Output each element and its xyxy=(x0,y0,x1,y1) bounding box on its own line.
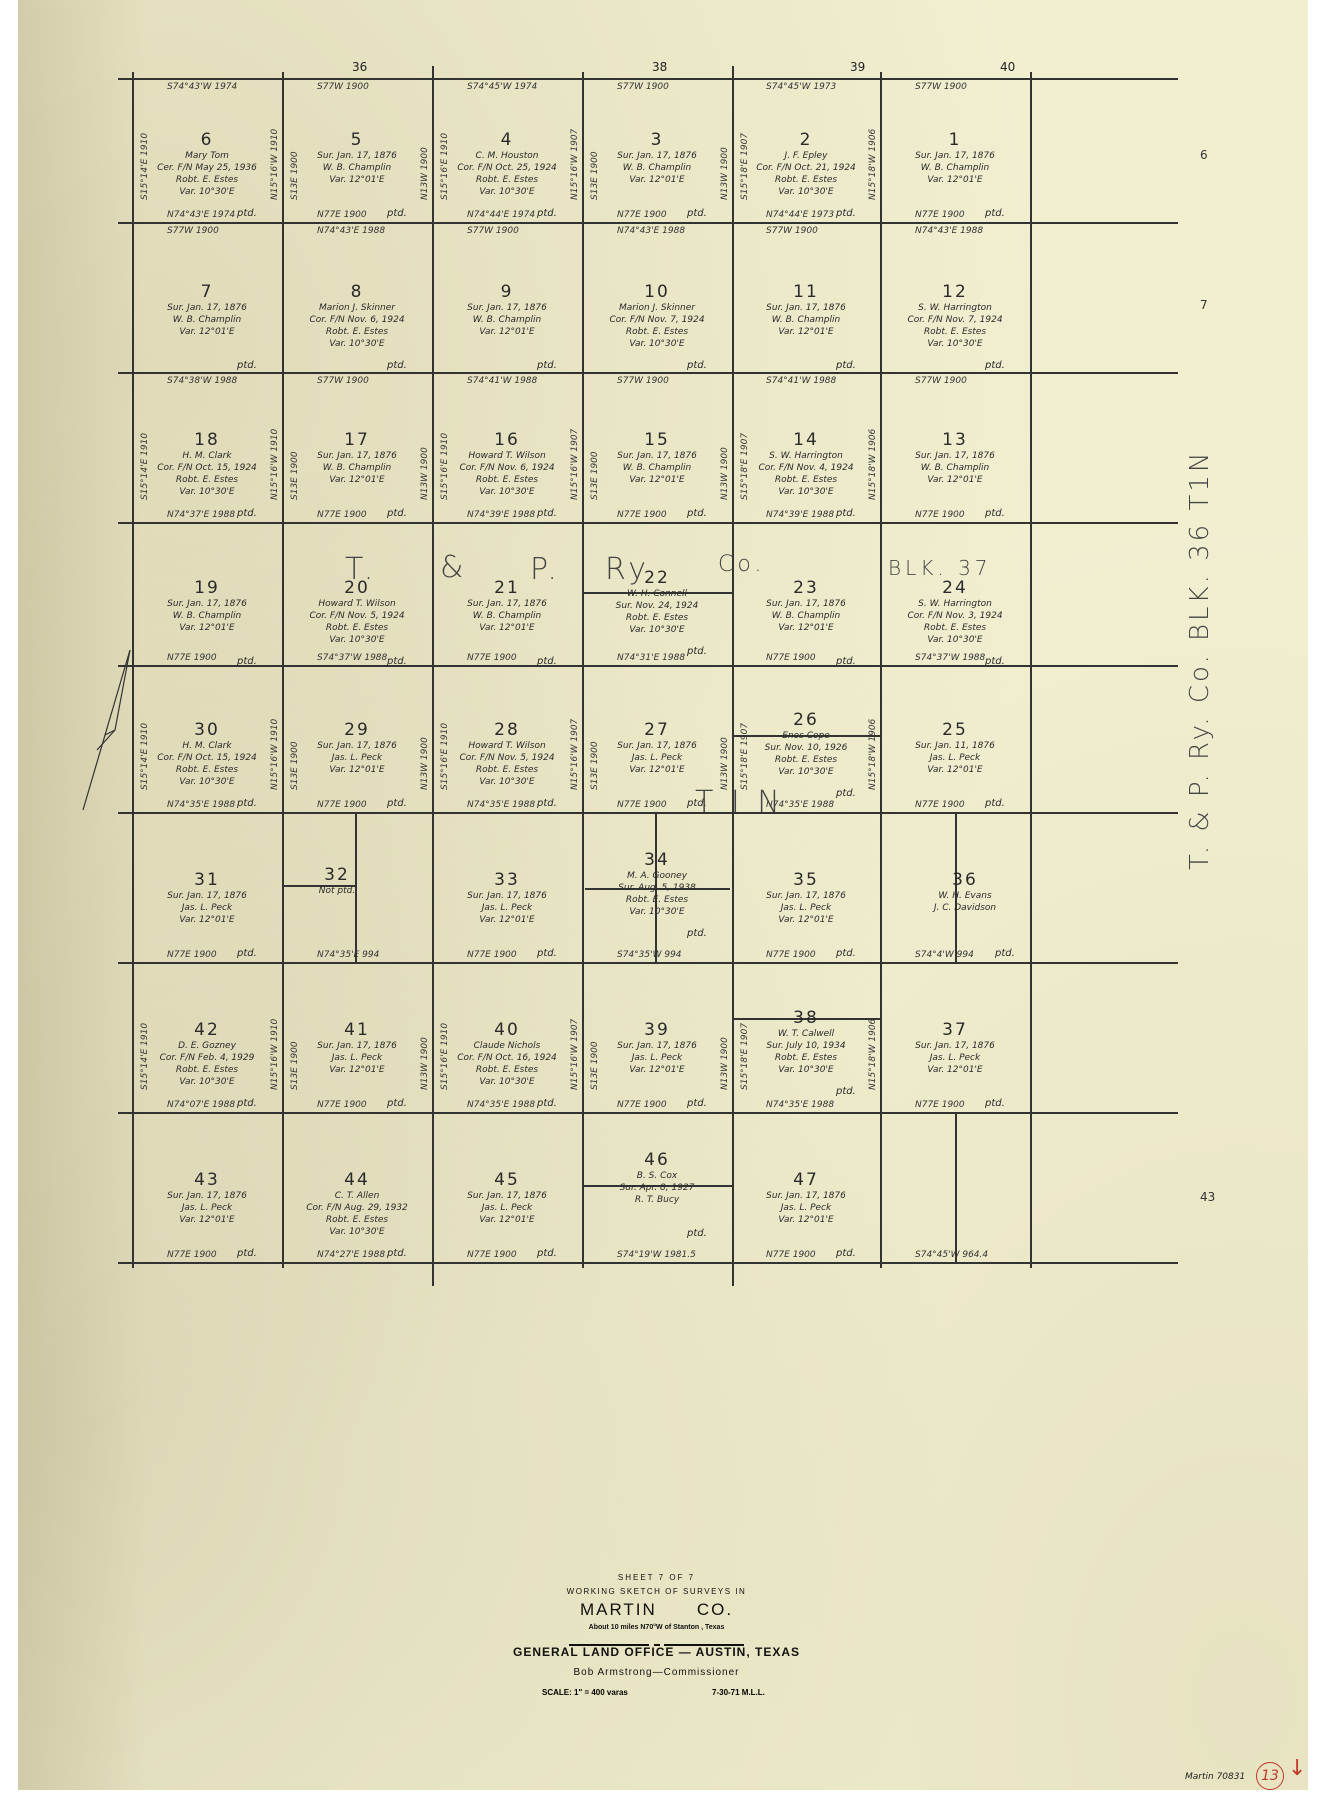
ptd-note: ptd. xyxy=(537,508,557,519)
boundary-call: S15°16'E 1910 xyxy=(440,133,450,200)
section-note: Var. 10°30'E xyxy=(437,1076,577,1088)
boundary-call: N74°43'E 1988 xyxy=(915,226,983,236)
grid-line xyxy=(432,66,434,1286)
boundary-call: N74°35'E 1988 xyxy=(467,1100,535,1110)
section-note: Cor. F/N Oct. 16, 1924 xyxy=(437,1052,577,1064)
section-note: Jas. L. Peck xyxy=(437,1202,577,1214)
boundary-call: S74°45'W 1974 xyxy=(467,82,537,92)
section-number: 10 xyxy=(587,282,727,302)
section-note: Var. 12°01'E xyxy=(885,1064,1025,1076)
section-number: 40 xyxy=(437,1020,577,1040)
boundary-call: N77E 1900 xyxy=(617,210,667,220)
section-note: Sur. Jan. 17, 1876 xyxy=(587,450,727,462)
boundary-call: N74°35'E 994 xyxy=(317,950,379,960)
survey-section: 3Sur. Jan. 17, 1876W. B. ChamplinVar. 12… xyxy=(587,130,727,186)
boundary-call: S13E 1900 xyxy=(590,451,600,500)
boundary-call: S74°38'W 1988 xyxy=(167,376,237,386)
section-note: Robt. E. Estes xyxy=(137,174,277,186)
section-note: Sur. Jan. 17, 1876 xyxy=(885,1040,1025,1052)
section-note: Marion J. Skinner xyxy=(587,302,727,314)
section-number: 14 xyxy=(736,430,876,450)
section-number: 9 xyxy=(437,282,577,302)
boundary-call: S77W 1900 xyxy=(617,82,669,92)
section-note: Var. 10°30'E xyxy=(287,338,427,350)
section-number: 28 xyxy=(437,720,577,740)
section-note: Var. 12°01'E xyxy=(885,474,1025,486)
section-note: R. T. Bucy xyxy=(587,1194,727,1206)
ptd-note: ptd. xyxy=(985,656,1005,667)
section-note: Var. 12°01'E xyxy=(137,622,277,634)
boundary-call: S77W 1900 xyxy=(617,376,669,386)
boundary-call: N15°18'W 1906 xyxy=(868,719,878,790)
boundary-call: N13W 1900 xyxy=(420,737,430,790)
survey-section: 36W. H. EvansJ. C. Davidson xyxy=(895,870,1035,914)
boundary-call: N77E 1900 xyxy=(167,653,217,663)
ptd-note: ptd. xyxy=(237,1248,257,1259)
section-note: Claude Nichols xyxy=(437,1040,577,1052)
ptd-note: ptd. xyxy=(836,508,856,519)
section-note: Var. 10°30'E xyxy=(736,1064,876,1076)
section-note: W. H. Connell xyxy=(587,588,727,600)
section-number: 4 xyxy=(437,130,577,150)
section-note: W. B. Champlin xyxy=(437,610,577,622)
grid-line xyxy=(582,72,584,1268)
boundary-call: N74°35'E 1988 xyxy=(467,800,535,810)
section-number: 43 xyxy=(137,1170,277,1190)
boundary-call: N15°16'W 1910 xyxy=(270,129,280,200)
survey-section: 31Sur. Jan. 17, 1876Jas. L. PeckVar. 12°… xyxy=(137,870,277,926)
section-note: Sur. Jan. 17, 1876 xyxy=(587,1040,727,1052)
survey-section: 45Sur. Jan. 17, 1876Jas. L. PeckVar. 12°… xyxy=(437,1170,577,1226)
ptd-note: ptd. xyxy=(537,360,557,371)
boundary-call: N15°16'W 1907 xyxy=(570,1019,580,1090)
boundary-call: S13E 1900 xyxy=(290,741,300,790)
section-note: Cor. F/N Oct. 25, 1924 xyxy=(437,162,577,174)
section-number: 1 xyxy=(885,130,1025,150)
map-title: MARTINCO. xyxy=(0,1600,1321,1620)
section-note: Var. 12°01'E xyxy=(885,764,1025,776)
section-note: Sur. Jan. 17, 1876 xyxy=(287,740,427,752)
block-number: 39 xyxy=(850,60,865,74)
grid-line xyxy=(118,522,1178,524)
ptd-note: ptd. xyxy=(387,508,407,519)
section-note: Robt. E. Estes xyxy=(736,174,876,186)
section-note: Sur. Jan. 17, 1876 xyxy=(437,1190,577,1202)
section-note: Robt. E. Estes xyxy=(437,764,577,776)
ptd-note: ptd. xyxy=(836,1086,856,1097)
survey-section: 15Sur. Jan. 17, 1876W. B. ChamplinVar. 1… xyxy=(587,430,727,486)
section-number: 41 xyxy=(287,1020,427,1040)
survey-section: 29Sur. Jan. 17, 1876Jas. L. PeckVar. 12°… xyxy=(287,720,427,776)
survey-section: 10Marion J. SkinnerCor. F/N Nov. 7, 1924… xyxy=(587,282,727,350)
ptd-note: ptd. xyxy=(237,508,257,519)
section-note: W. B. Champlin xyxy=(137,314,277,326)
section-note: Var. 12°01'E xyxy=(885,174,1025,186)
ptd-note: ptd. xyxy=(387,208,407,219)
section-note: Jas. L. Peck xyxy=(137,902,277,914)
section-note: S. W. Harrington xyxy=(885,302,1025,314)
section-note: Robt. E. Estes xyxy=(587,894,727,906)
section-note: Var. 12°01'E xyxy=(437,1214,577,1226)
boundary-call: S77W 1900 xyxy=(915,376,967,386)
section-note: H. M. Clark xyxy=(137,450,277,462)
section-number: 31 xyxy=(137,870,277,890)
boundary-call: N77E 1900 xyxy=(167,1250,217,1260)
boundary-call: S15°16'E 1910 xyxy=(440,1023,450,1090)
section-note: D. E. Gozney xyxy=(137,1040,277,1052)
section-note: Cor. F/N Oct. 15, 1924 xyxy=(137,462,277,474)
section-note: C. T. Allen xyxy=(287,1190,427,1202)
section-note: Var. 10°30'E xyxy=(736,486,876,498)
boundary-call: N77E 1900 xyxy=(617,510,667,520)
section-note: Sur. Jan. 17, 1876 xyxy=(736,1190,876,1202)
section-note: Var. 10°30'E xyxy=(587,906,727,918)
boundary-call: N74°35'E 1988 xyxy=(167,800,235,810)
boundary-call: N74°39'E 1988 xyxy=(467,510,535,520)
section-note: Jas. L. Peck xyxy=(587,752,727,764)
section-number: 47 xyxy=(736,1170,876,1190)
boundary-call: N13W 1900 xyxy=(420,447,430,500)
block-label-p: P. xyxy=(530,552,561,587)
section-number: 17 xyxy=(287,430,427,450)
section-note: W. B. Champlin xyxy=(587,462,727,474)
grid-line xyxy=(282,72,284,1268)
ptd-note: ptd. xyxy=(387,360,407,371)
boundary-call: N15°18'W 1906 xyxy=(868,129,878,200)
boundary-call: S74°35'W 994 xyxy=(617,950,682,960)
boundary-call: N77E 1900 xyxy=(467,950,517,960)
block-label-amp: & xyxy=(440,550,467,585)
boundary-call: N15°16'W 1910 xyxy=(270,719,280,790)
boundary-call: S15°14'E 1910 xyxy=(140,433,150,500)
section-note: Var. 12°01'E xyxy=(437,622,577,634)
section-note: Var. 12°01'E xyxy=(587,474,727,486)
survey-section: 35Sur. Jan. 17, 1876Jas. L. PeckVar. 12°… xyxy=(736,870,876,926)
ptd-note: ptd. xyxy=(237,360,257,371)
boundary-call: N74°44'E 1973 xyxy=(766,210,834,220)
section-note: Jas. L. Peck xyxy=(287,752,427,764)
section-note: Robt. E. Estes xyxy=(437,1064,577,1076)
ptd-note: ptd. xyxy=(387,656,407,667)
survey-section: 42D. E. GozneyCor. F/N Feb. 4, 1929Robt.… xyxy=(137,1020,277,1088)
boundary-call: S15°18'E 1907 xyxy=(740,1023,750,1090)
boundary-call: S15°18'E 1907 xyxy=(740,133,750,200)
section-note: W. B. Champlin xyxy=(437,314,577,326)
survey-section: 27Sur. Jan. 17, 1876Jas. L. PeckVar. 12°… xyxy=(587,720,727,776)
survey-section: 9Sur. Jan. 17, 1876W. B. ChamplinVar. 12… xyxy=(437,282,577,338)
section-number: 33 xyxy=(437,870,577,890)
section-number: 18 xyxy=(137,430,277,450)
boundary-call: N77E 1900 xyxy=(467,1250,517,1260)
boundary-call: S15°14'E 1910 xyxy=(140,1023,150,1090)
ptd-note: ptd. xyxy=(995,948,1015,959)
section-note: Howard T. Wilson xyxy=(287,598,427,610)
boundary-call: N77E 1900 xyxy=(766,1250,816,1260)
ptd-note: ptd. xyxy=(237,656,257,667)
section-note: Cor. F/N Feb. 4, 1929 xyxy=(137,1052,277,1064)
survey-section: 25Sur. Jan. 11, 1876Jas. L. PeckVar. 12°… xyxy=(885,720,1025,776)
section-note: Cer. F/N May 25, 1936 xyxy=(137,162,277,174)
section-note: Var. 10°30'E xyxy=(437,776,577,788)
survey-section: 41Sur. Jan. 17, 1876Jas. L. PeckVar. 12°… xyxy=(287,1020,427,1076)
boundary-call: S15°18'E 1907 xyxy=(740,723,750,790)
block-number: 7 xyxy=(1200,298,1208,312)
ptd-note: ptd. xyxy=(537,1098,557,1109)
boundary-call: N74°43'E 1974 xyxy=(167,210,235,220)
survey-section: 44C. T. AllenCor. F/N Aug. 29, 1932Robt.… xyxy=(287,1170,427,1238)
boundary-call: S74°45'W 964.4 xyxy=(915,1250,988,1260)
section-note: W. B. Champlin xyxy=(587,162,727,174)
section-note: Howard T. Wilson xyxy=(437,450,577,462)
section-note: Sur. Jan. 17, 1876 xyxy=(736,302,876,314)
boundary-call: N77E 1900 xyxy=(915,510,965,520)
section-note: Sur. Jan. 17, 1876 xyxy=(736,890,876,902)
section-note: Var. 12°01'E xyxy=(437,326,577,338)
map-subtitle: WORKING SKETCH OF SURVEYS IN xyxy=(0,1587,1321,1596)
section-note: Jas. L. Peck xyxy=(437,902,577,914)
survey-section: 33Sur. Jan. 17, 1876Jas. L. PeckVar. 12°… xyxy=(437,870,577,926)
block-label-ry: Ry xyxy=(605,552,650,587)
section-number: 38 xyxy=(736,1008,876,1028)
sheet-stamp: 13 xyxy=(1256,1762,1284,1790)
section-note: Sur. Nov. 10, 1926 xyxy=(736,742,876,754)
section-note: Var. 10°30'E xyxy=(885,338,1025,350)
ptd-note: ptd. xyxy=(237,798,257,809)
survey-section: 18H. M. ClarkCor. F/N Oct. 15, 1924Robt.… xyxy=(137,430,277,498)
ptd-note: ptd. xyxy=(537,208,557,219)
section-note: W. B. Champlin xyxy=(137,610,277,622)
grid-line xyxy=(118,222,1178,224)
boundary-call: N74°43'E 1988 xyxy=(317,226,385,236)
grid-line xyxy=(732,66,734,1286)
section-note: Robt. E. Estes xyxy=(736,474,876,486)
section-note: Robt. E. Estes xyxy=(437,474,577,486)
grid-line xyxy=(118,812,1178,814)
section-note: Marion J. Skinner xyxy=(287,302,427,314)
section-note: Sur. Jan. 17, 1876 xyxy=(287,450,427,462)
ptd-note: ptd. xyxy=(985,208,1005,219)
boundary-call: S74°37'W 1988 xyxy=(317,653,387,663)
section-note: Var. 10°30'E xyxy=(587,338,727,350)
survey-section: 30H. M. ClarkCor. F/N Oct. 15, 1924Robt.… xyxy=(137,720,277,788)
section-number: 16 xyxy=(437,430,577,450)
section-note: Var. 10°30'E xyxy=(287,634,427,646)
section-note: Robt. E. Estes xyxy=(587,326,727,338)
boundary-call: N74°31'E 1988 xyxy=(617,653,685,663)
section-note: Sur. Jan. 17, 1876 xyxy=(137,890,277,902)
section-note: Sur. Jan. 17, 1876 xyxy=(437,598,577,610)
section-note: Var. 12°01'E xyxy=(736,914,876,926)
section-number: 37 xyxy=(885,1020,1025,1040)
survey-section: 38W. T. CalwellSur. July 10, 1934Robt. E… xyxy=(736,1008,876,1076)
boundary-call: N15°16'W 1910 xyxy=(270,1019,280,1090)
ptd-note: ptd. xyxy=(985,508,1005,519)
section-note: Sur. Jan. 17, 1876 xyxy=(736,598,876,610)
survey-section: 23Sur. Jan. 17, 1876W. B. ChamplinVar. 1… xyxy=(736,578,876,634)
boundary-call: S13E 1900 xyxy=(590,741,600,790)
section-number: 24 xyxy=(885,578,1025,598)
ptd-note: ptd. xyxy=(387,1098,407,1109)
boundary-call: S13E 1900 xyxy=(290,451,300,500)
section-note: Robt. E. Estes xyxy=(587,612,727,624)
section-note: Var. 12°01'E xyxy=(287,764,427,776)
survey-section: 19Sur. Jan. 17, 1876W. B. ChamplinVar. 1… xyxy=(137,578,277,634)
boundary-call: S74°19'W 1981.5 xyxy=(617,1250,696,1260)
boundary-call: N77E 1900 xyxy=(317,1100,367,1110)
survey-section: 2J. F. EpleyCor. F/N Oct. 21, 1924Robt. … xyxy=(736,130,876,198)
section-note: Sur. Jan. 17, 1876 xyxy=(137,598,277,610)
boundary-call: S77W 1900 xyxy=(467,226,519,236)
survey-section: 37Sur. Jan. 17, 1876Jas. L. PeckVar. 12°… xyxy=(885,1020,1025,1076)
section-number: 35 xyxy=(736,870,876,890)
boundary-call: N74°43'E 1988 xyxy=(617,226,685,236)
section-note: Sur. Apr. 8, 1927 xyxy=(587,1182,727,1194)
section-note: Robt. E. Estes xyxy=(885,326,1025,338)
survey-section: 4C. M. HoustonCor. F/N Oct. 25, 1924Robt… xyxy=(437,130,577,198)
section-note: Sur. Jan. 17, 1876 xyxy=(137,1190,277,1202)
boundary-call: N74°39'E 1988 xyxy=(766,510,834,520)
section-note: Robt. E. Estes xyxy=(437,174,577,186)
section-note: Cor. F/N Nov. 7, 1924 xyxy=(587,314,727,326)
north-arrow-icon xyxy=(75,640,145,820)
section-note: Cor. F/N Aug. 29, 1932 xyxy=(287,1202,427,1214)
survey-section: 20Howard T. WilsonCor. F/N Nov. 5, 1924R… xyxy=(287,578,427,646)
section-note: Sur. Nov. 24, 1924 xyxy=(587,600,727,612)
ptd-note: ptd. xyxy=(687,208,707,219)
section-note: Var. 12°01'E xyxy=(137,326,277,338)
boundary-call: S77W 1900 xyxy=(317,82,369,92)
section-note: Sur. Jan. 17, 1876 xyxy=(885,450,1025,462)
section-note: Cor. F/N Nov. 5, 1924 xyxy=(287,610,427,622)
boundary-call: N77E 1900 xyxy=(915,210,965,220)
survey-section: 5Sur. Jan. 17, 1876W. B. ChamplinVar. 12… xyxy=(287,130,427,186)
grid-line xyxy=(118,1112,1178,1114)
ptd-note: ptd. xyxy=(237,208,257,219)
section-number: 42 xyxy=(137,1020,277,1040)
boundary-call: S77W 1900 xyxy=(766,226,818,236)
boundary-call: S15°16'E 1910 xyxy=(440,723,450,790)
boundary-call: S74°41'W 1988 xyxy=(467,376,537,386)
section-note: Sur. Jan. 17, 1876 xyxy=(437,890,577,902)
survey-section: 1Sur. Jan. 17, 1876W. B. ChamplinVar. 12… xyxy=(885,130,1025,186)
section-note: W. B. Champlin xyxy=(287,462,427,474)
boundary-call: N77E 1900 xyxy=(617,800,667,810)
boundary-call: S15°18'E 1907 xyxy=(740,433,750,500)
block-number: 36 xyxy=(352,60,367,74)
section-note: Cor. F/N Nov. 6, 1924 xyxy=(287,314,427,326)
section-note: Jas. L. Peck xyxy=(287,1052,427,1064)
section-number: 36 xyxy=(895,870,1035,890)
boundary-call: N77E 1900 xyxy=(317,510,367,520)
ptd-note: ptd. xyxy=(687,928,707,939)
grid-line xyxy=(118,962,1178,964)
section-note: J. F. Epley xyxy=(736,150,876,162)
section-note: Robt. E. Estes xyxy=(137,1064,277,1076)
survey-section: 28Howard T. WilsonCor. F/N Nov. 5, 1924R… xyxy=(437,720,577,788)
boundary-call: S77W 1900 xyxy=(167,226,219,236)
boundary-call: N77E 1900 xyxy=(915,800,965,810)
boundary-call: N74°27'E 1988 xyxy=(317,1250,385,1260)
section-note: W. B. Champlin xyxy=(885,462,1025,474)
section-note: Sur. Aug. 5, 1938 xyxy=(587,882,727,894)
section-note: Var. 10°30'E xyxy=(885,634,1025,646)
grid-line xyxy=(118,665,1178,667)
boundary-call: N74°07'E 1988 xyxy=(167,1100,235,1110)
survey-section: 43Sur. Jan. 17, 1876Jas. L. PeckVar. 12°… xyxy=(137,1170,277,1226)
survey-section: 34M. A. GooneySur. Aug. 5, 1938Robt. E. … xyxy=(587,850,727,918)
section-number: 30 xyxy=(137,720,277,740)
section-note: B. S. Cox xyxy=(587,1170,727,1182)
boundary-call: S74°4'W 994 xyxy=(915,950,974,960)
section-note: Robt. E. Estes xyxy=(287,622,427,634)
ptd-note: ptd. xyxy=(836,948,856,959)
section-note: W. B. Champlin xyxy=(287,162,427,174)
boundary-call: N13W 1900 xyxy=(420,1037,430,1090)
catalog-number: Martin 70831 xyxy=(1185,1772,1245,1782)
section-note: Robt. E. Estes xyxy=(137,764,277,776)
section-note: Var. 12°01'E xyxy=(137,914,277,926)
boundary-call: S74°45'W 1973 xyxy=(766,82,836,92)
block-label-tin: T I N xyxy=(695,785,784,820)
ptd-note: ptd. xyxy=(687,1098,707,1109)
section-note: Var. 12°01'E xyxy=(736,622,876,634)
boundary-call: N74°44'E 1974 xyxy=(467,210,535,220)
section-number: 11 xyxy=(736,282,876,302)
ptd-note: ptd. xyxy=(985,798,1005,809)
ptd-note: ptd. xyxy=(537,656,557,667)
section-number: 12 xyxy=(885,282,1025,302)
section-note: Not ptd. xyxy=(267,885,407,897)
date-initials: 7-30-71 M.L.L. xyxy=(712,1688,765,1697)
ptd-note: ptd. xyxy=(387,1248,407,1259)
boundary-call: N15°16'W 1907 xyxy=(570,719,580,790)
section-note: Sur. Jan. 17, 1876 xyxy=(287,150,427,162)
section-note: Sur. Jan. 17, 1876 xyxy=(437,302,577,314)
boundary-call: N77E 1900 xyxy=(766,950,816,960)
block-number: 43 xyxy=(1200,1190,1215,1204)
section-note: H. M. Clark xyxy=(137,740,277,752)
boundary-call: S77W 1900 xyxy=(915,82,967,92)
ptd-note: ptd. xyxy=(836,788,856,799)
boundary-call: S74°37'W 1988 xyxy=(915,653,985,663)
section-note: Var. 12°01'E xyxy=(287,474,427,486)
section-note: S. W. Harrington xyxy=(885,598,1025,610)
survey-section: 8Marion J. SkinnerCor. F/N Nov. 6, 1924R… xyxy=(287,282,427,350)
section-number: 27 xyxy=(587,720,727,740)
section-note: Var. 12°01'E xyxy=(736,1214,876,1226)
section-note: Var. 10°30'E xyxy=(736,186,876,198)
section-note: Cor. F/N Nov. 7, 1924 xyxy=(885,314,1025,326)
section-note: Var. 10°30'E xyxy=(137,1076,277,1088)
map-location: About 10 miles N70°W of Stanton , Texas xyxy=(0,1624,1321,1631)
boundary-call: N77E 1900 xyxy=(617,1100,667,1110)
section-note: Sur. Jan. 11, 1876 xyxy=(885,740,1025,752)
boundary-call: S74°41'W 1988 xyxy=(766,376,836,386)
ptd-note: ptd. xyxy=(836,1248,856,1259)
section-number: 32 xyxy=(267,865,407,885)
section-note: Robt. E. Estes xyxy=(137,474,277,486)
boundary-call: N74°35'E 1988 xyxy=(766,1100,834,1110)
section-number: 7 xyxy=(137,282,277,302)
section-note: Var. 12°01'E xyxy=(437,914,577,926)
boundary-call: N74°37'E 1988 xyxy=(167,510,235,520)
boundary-call: N77E 1900 xyxy=(467,653,517,663)
section-number: 23 xyxy=(736,578,876,598)
survey-section: 26Enos CopeSur. Nov. 10, 1926Robt. E. Es… xyxy=(736,710,876,778)
boundary-call: S77W 1900 xyxy=(317,376,369,386)
boundary-call: N15°16'W 1910 xyxy=(270,429,280,500)
section-number: 44 xyxy=(287,1170,427,1190)
